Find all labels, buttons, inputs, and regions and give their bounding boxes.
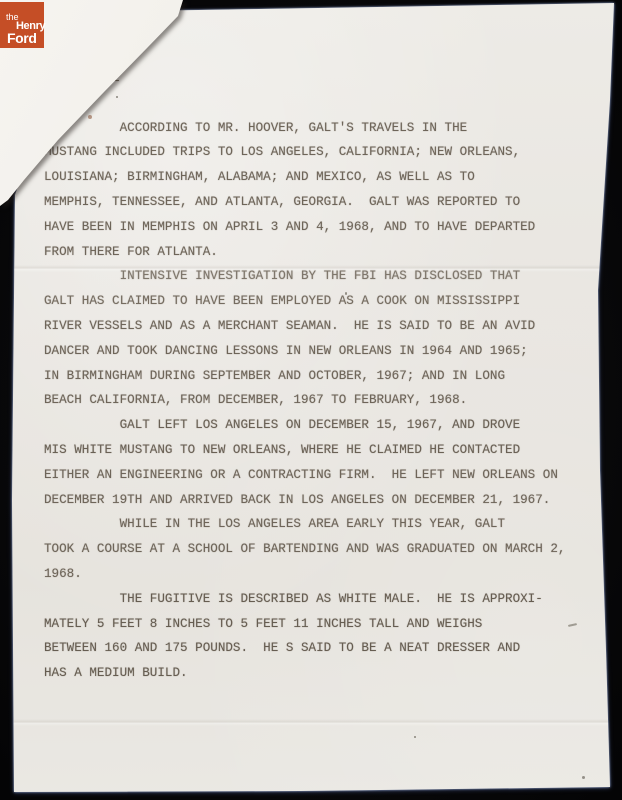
- typewritten-line: BETWEEN 160 AND 175 POUNDS. HE S SAID TO…: [44, 636, 606, 661]
- typewritten-text: PAGE THREE ACCORDING TO MR. HOOVER, GALT…: [44, 66, 606, 686]
- logo-text-ford: Ford: [7, 31, 37, 45]
- typewritten-line: LOUISIANA; BIRMINGHAM, ALABAMA; AND MEXI…: [44, 165, 606, 190]
- typewritten-line: WHILE IN THE LOS ANGELES AREA EARLY THIS…: [44, 512, 606, 537]
- typewritten-line: TOOK A COURSE AT A SCHOOL OF BARTENDING …: [44, 537, 606, 562]
- henry-ford-logo: the Henry Ford: [0, 2, 44, 48]
- typewritten-line: MATELY 5 FEET 8 INCHES TO 5 FEET 11 INCH…: [44, 612, 606, 637]
- typewritten-line: IN BIRMINGHAM DURING SEPTEMBER AND OCTOB…: [44, 364, 606, 389]
- typewritten-line: 1968.: [44, 562, 606, 587]
- blank-line: [44, 91, 606, 116]
- typewritten-line: MUSTANG INCLUDED TRIPS TO LOS ANGELES, C…: [44, 140, 606, 165]
- typewritten-line: MEMPHIS, TENNESSEE, AND ATLANTA, GEORGIA…: [44, 190, 606, 215]
- typewritten-line: THE FUGITIVE IS DESCRIBED AS WHITE MALE.…: [44, 587, 606, 612]
- typewritten-line: DECEMBER 19TH AND ARRIVED BACK IN LOS AN…: [44, 488, 606, 513]
- page-label: PAGE THREE: [44, 66, 606, 91]
- typewritten-line: INTENSIVE INVESTIGATION BY THE FBI HAS D…: [44, 264, 606, 289]
- typewritten-line: ACCORDING TO MR. HOOVER, GALT'S TRAVELS …: [44, 116, 606, 141]
- typewritten-line: GALT HAS CLAIMED TO HAVE BEEN EMPLOYED A…: [44, 289, 606, 314]
- paper-speck: [414, 736, 416, 738]
- typewritten-line: BEACH CALIFORNIA, FROM DECEMBER, 1967 TO…: [44, 388, 606, 413]
- typewritten-line: MIS WHITE MUSTANG TO NEW ORLEANS, WHERE …: [44, 438, 606, 463]
- typewritten-line: HAVE BEEN IN MEMPHIS ON APRIL 3 AND 4, 1…: [44, 215, 606, 240]
- typewritten-line: EITHER AN ENGINEERING OR A CONTRACTING F…: [44, 463, 606, 488]
- typewritten-line: HAS A MEDIUM BUILD.: [44, 661, 606, 686]
- typewritten-line: FROM THERE FOR ATLANTA.: [44, 240, 606, 265]
- typewritten-line: DANCER AND TOOK DANCING LESSONS IN NEW O…: [44, 339, 606, 364]
- typewritten-line: GALT LEFT LOS ANGELES ON DECEMBER 15, 19…: [44, 413, 606, 438]
- fold-crease-lower: [0, 719, 622, 726]
- scan-background: PAGE THREE ACCORDING TO MR. HOOVER, GALT…: [0, 0, 622, 800]
- document-page: PAGE THREE ACCORDING TO MR. HOOVER, GALT…: [0, 0, 622, 800]
- paper-speck: [582, 776, 585, 779]
- typewritten-line: RIVER VESSELS AND AS A MERCHANT SEAMAN. …: [44, 314, 606, 339]
- paper-wrap: PAGE THREE ACCORDING TO MR. HOOVER, GALT…: [0, 0, 622, 800]
